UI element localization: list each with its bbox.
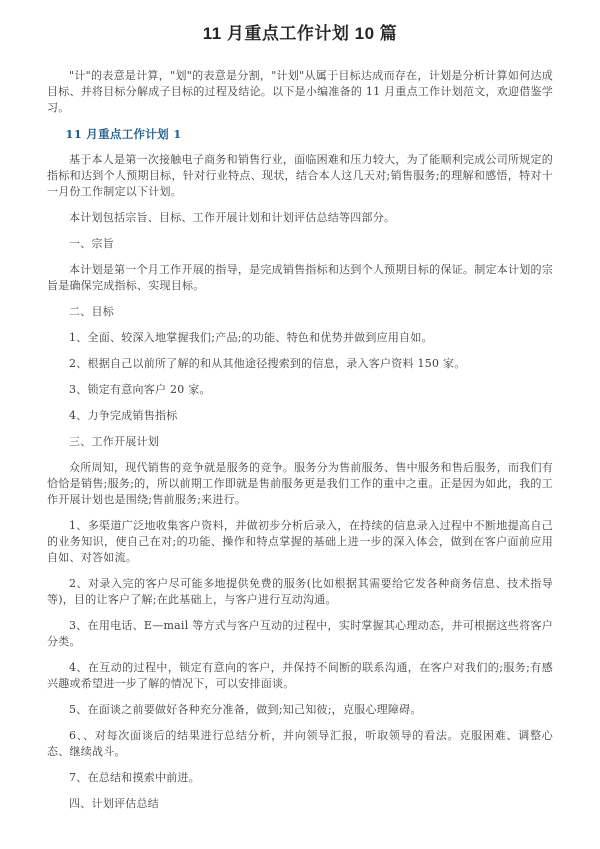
heading-evaluation: 四、计划评估总结 [47, 796, 553, 812]
work-item-2: 2、对录入完的客户尽可能多地提供免费的服务(比如根据其需要给它发各种商务信息、技… [47, 576, 553, 608]
goal-item-2: 2、根据自己以前所了解的和从其他途径搜索到的信息，录入客户资料 150 家。 [47, 356, 553, 372]
para-background: 基于本人是第一次接触电子商务和销售行业，面临困难和压力较大，为了能顺利完成公司所… [47, 152, 553, 200]
para-work-plan-intro: 众所周知，现代销售的竞争就是服务的竞争。服务分为售前服务、售中服务和售后服务，而… [47, 460, 553, 508]
work-item-1: 1、多渠道广泛地收集客户资料，并做初步分析后录入，在持续的信息录入过程中不断地提… [47, 518, 553, 566]
goal-item-3: 3、锁定有意向客户 20 家。 [47, 382, 553, 398]
work-item-4: 4、在互动的过程中，锁定有意向的客户，并保持不间断的联系沟通，在客户对我们的;服… [47, 660, 553, 692]
intro-paragraph: "计"的表意是计算，"划"的表意是分割，"计划"从属于目标达成而存在，计划是分析… [47, 68, 553, 116]
heading-goals: 二、目标 [47, 304, 553, 320]
work-item-6: 6、、对每次面谈后的结果进行总结分析，并向领导汇报，听取领导的看法。克服困难、调… [47, 728, 553, 760]
work-item-7: 7、在总结和摸索中前进。 [47, 770, 553, 786]
goal-item-1: 1、全面、较深入地掌握我们;产品;的功能、特色和优势并做到应用自如。 [47, 330, 553, 346]
heading-purpose: 一、宗旨 [47, 236, 553, 252]
section-heading-plan-1: 11 月重点工作计划 1 [47, 126, 553, 142]
document-page: 11 月重点工作计划 10 篇 "计"的表意是计算，"划"的表意是分割，"计划"… [0, 0, 600, 849]
para-plan-overview: 本计划包括宗旨、目标、工作开展计划和计划评估总结等四部分。 [47, 210, 553, 226]
heading-work-plan: 三、工作开展计划 [47, 434, 553, 450]
goal-item-4: 4、力争完成销售指标 [47, 408, 553, 424]
work-item-5: 5、在面谈之前要做好各种充分准备，做到;知己知彼;，克服心理障碍。 [47, 702, 553, 718]
work-item-3: 3、在用电话、E—mail 等方式与客户互动的过程中，实时掌握其心理动态，并可根… [47, 618, 553, 650]
para-purpose: 本计划是第一个月工作开展的指导，是完成销售指标和达到个人预期目标的保证。制定本计… [47, 262, 553, 294]
document-title: 11 月重点工作计划 10 篇 [47, 22, 553, 46]
